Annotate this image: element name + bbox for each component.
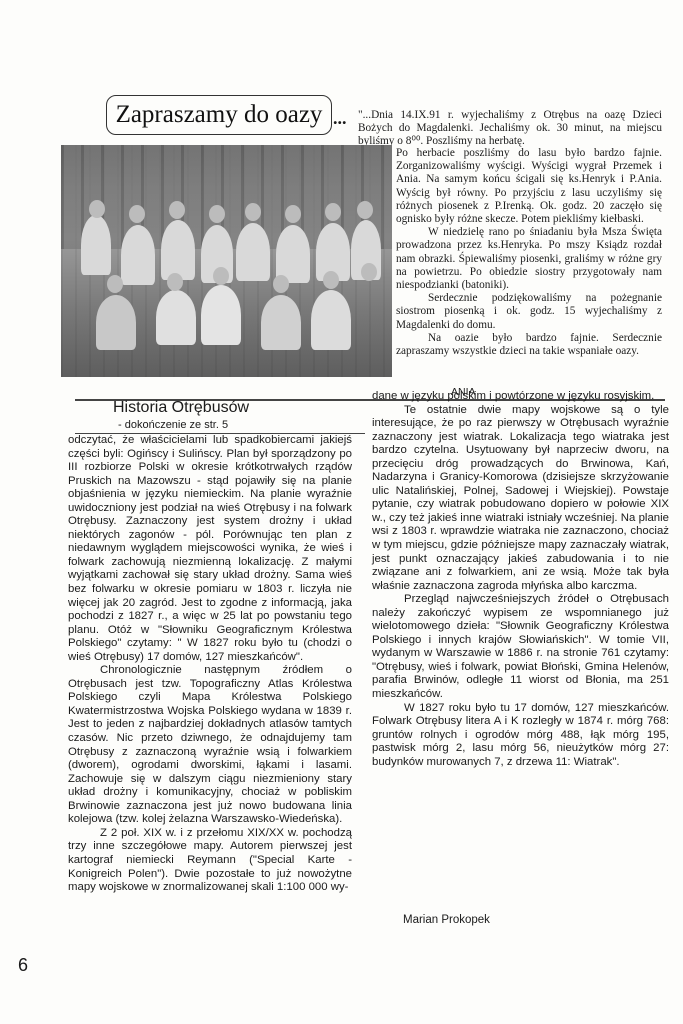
history-paragraph: dane w języku polskim i powtórzone w jęz…	[372, 390, 669, 404]
oaza-title-box: Zapraszamy do oazy	[106, 95, 332, 135]
page-number: 6	[18, 955, 28, 976]
history-paragraph: odczytać, że właścicielami lub spadkobie…	[68, 434, 352, 664]
history-author: Marian Prokopek	[403, 914, 490, 926]
oaza-title-ellipsis: ...	[333, 108, 347, 129]
history-paragraph: Te ostatnie dwie mapy wojskowe są o tyle…	[372, 404, 669, 594]
history-paragraph: Chronologicznie następnym źródłem o Otrę…	[68, 664, 352, 827]
oaza-paragraph: Po herbacie poszliśmy do lasu było bardz…	[396, 147, 662, 226]
oaza-title: Zapraszamy do oazy	[116, 101, 323, 129]
oaza-intro: "...Dnia 14.IX.91 r. wyjechaliśmy z Otrę…	[358, 109, 662, 147]
oaza-article-body: Po herbacie poszliśmy do lasu było bardz…	[396, 147, 662, 358]
history-title: Historia Otrębusów	[113, 399, 249, 417]
oaza-paragraph: Na oazie było bardzo fajnie. Serdecznie …	[396, 332, 662, 358]
oaza-paragraph: Serdecznie podziękowaliśmy na pożegnanie…	[396, 292, 662, 332]
history-paragraph: W 1827 roku było tu 17 domów, 127 mieszk…	[372, 702, 669, 770]
group-photo	[61, 145, 392, 377]
oaza-intro-text: "...Dnia 14.IX.91 r. wyjechaliśmy z Otrę…	[358, 109, 662, 149]
history-paragraph: Przegląd najwcześniejszych źródeł o Otrę…	[372, 593, 669, 701]
history-right-column: dane w języku polskim i powtórzone w jęz…	[372, 390, 669, 769]
history-paragraph: Z 2 poł. XIX w. i z przełomu XIX/XX w. p…	[68, 827, 352, 895]
history-subtitle: - dokończenie ze str. 5	[118, 419, 228, 431]
history-left-column: odczytać, że właścicielami lub spadkobie…	[68, 434, 352, 895]
oaza-paragraph: W niedzielę rano po śniadaniu była Msza …	[396, 226, 662, 292]
